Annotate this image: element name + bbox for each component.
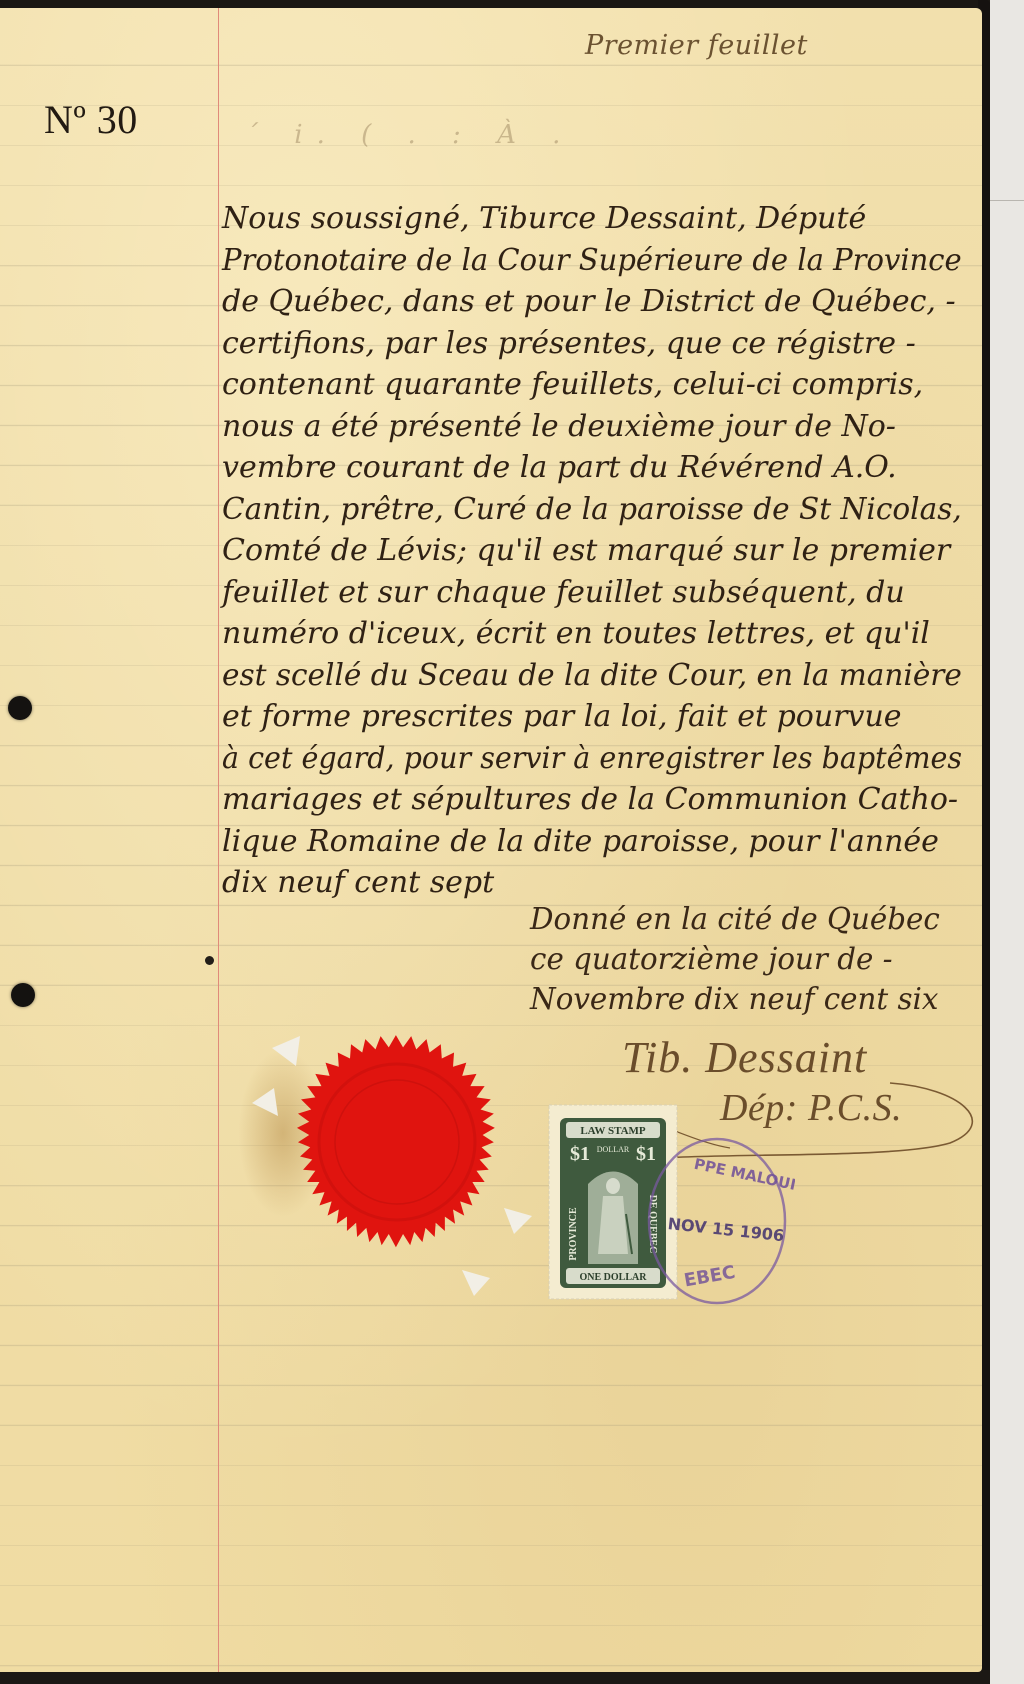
- wax-seal-icon: [252, 1008, 542, 1298]
- certificate-body: Nous soussigné, Tiburce Dessaint, Député…: [222, 198, 962, 904]
- stamp-bottom-label: ONE DOLLAR: [580, 1272, 648, 1283]
- body-line: Cantin, prêtre, Curé de la paroisse de S…: [222, 489, 951, 531]
- body-line: lique Romaine de la dite paroisse, pour …: [222, 821, 962, 863]
- backdrop-right: [990, 0, 1024, 1684]
- stamp-denomination-left: $1: [570, 1143, 590, 1165]
- body-line: contenant quarante feuillets, celui-ci c…: [222, 364, 962, 406]
- margin-line: [218, 8, 219, 1672]
- closing-line: Novembre dix neuf cent six: [530, 980, 960, 1020]
- binding-hole-icon: [8, 696, 32, 720]
- body-line: Protonotaire de la Cour Supérieure de la…: [222, 240, 938, 282]
- body-line: de Québec, dans et pour le District de Q…: [222, 281, 962, 323]
- postmark-date: NOV 15 1906: [667, 1214, 785, 1245]
- body-line: certifions, par les présentes, que ce ré…: [222, 323, 962, 365]
- signature-title: Dép: P.C.S.: [720, 1086, 902, 1130]
- body-line: feuillet et sur chaque feuillet subséque…: [222, 572, 962, 614]
- body-line: nous a été présenté le deuxième jour de …: [222, 406, 962, 448]
- register-page: Premier feuillet Nº 30 ´ i. ( . : À . No…: [0, 8, 982, 1672]
- book-bottom-edge: [0, 1670, 990, 1684]
- body-line: et forme prescrites par la loi, fait et …: [222, 696, 962, 738]
- stamp-left-label: PROVINCE: [568, 1207, 579, 1261]
- header-note: Premier feuillet: [585, 30, 808, 61]
- body-line: à cet égard, pour servir à enregistrer l…: [222, 738, 926, 780]
- body-line: dix neuf cent sept: [222, 862, 962, 904]
- body-line: Comté de Lévis; qu'il est marqué sur le …: [222, 530, 962, 572]
- closing-block: Donné en la cité de Québec ce quatorzièm…: [525, 900, 965, 1020]
- postmark-icon: PPE MALOUIN NOV 15 1906 EBEC: [645, 1133, 795, 1308]
- body-line: numéro d'iceux, écrit en toutes lettres,…: [222, 613, 962, 655]
- body-line: mariages et sépultures de la Communion C…: [222, 779, 962, 821]
- body-line: vembre courant de la part du Révérend A.…: [222, 447, 962, 489]
- stamp-denomination-word: DOLLAR: [597, 1145, 630, 1154]
- stamp-top-label: LAW STAMP: [580, 1125, 646, 1137]
- signature-name: Tib. Dessaint: [622, 1032, 867, 1083]
- postmark-top-text: PPE MALOUIN: [692, 1155, 795, 1197]
- folio-number: Nº 30: [44, 96, 138, 143]
- body-line: est scellé du Sceau de la dite Cour, en …: [222, 655, 950, 697]
- body-line: Nous soussigné, Tiburce Dessaint, Député: [222, 198, 962, 240]
- ink-speck: [205, 956, 214, 965]
- binding-hole-icon: [11, 983, 35, 1007]
- closing-line: Donné en la cité de Québec: [530, 900, 960, 940]
- faded-heading: ´ i. ( . : À .: [245, 120, 574, 150]
- postmark-bottom-text: EBEC: [683, 1262, 737, 1292]
- closing-line: ce quatorzième jour de -: [530, 940, 960, 980]
